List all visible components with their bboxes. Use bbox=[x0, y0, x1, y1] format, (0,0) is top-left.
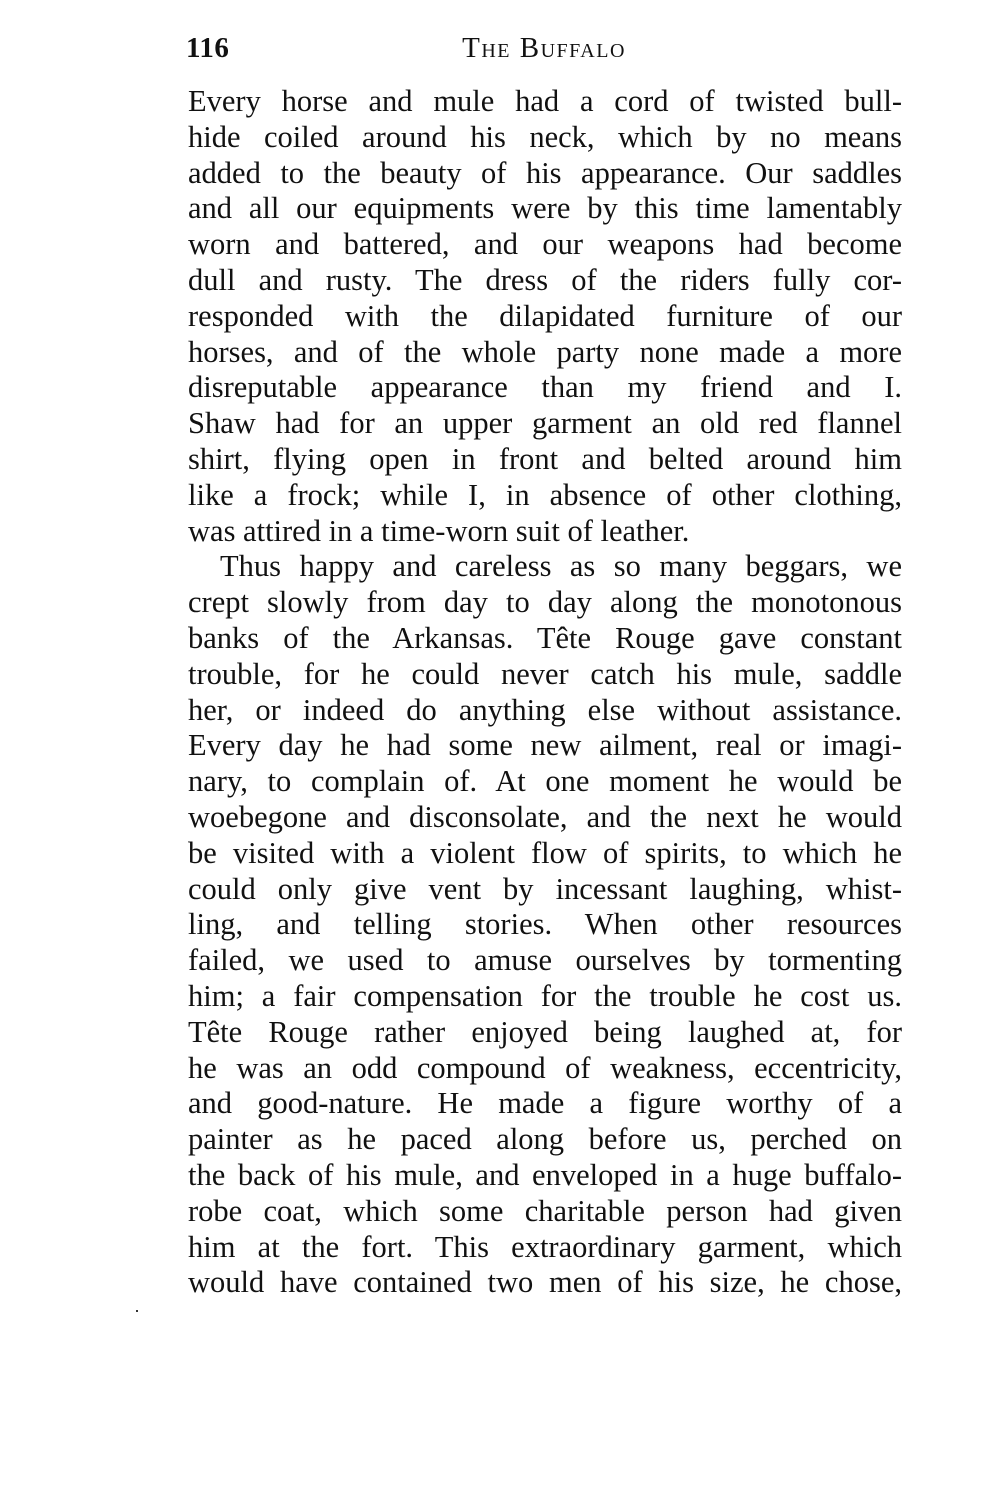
scan-speck bbox=[136, 1310, 138, 1312]
text-line: Every horse and mule had a cord of twist… bbox=[188, 84, 902, 120]
text-line: crept slowly from day to day along the m… bbox=[188, 585, 902, 621]
text-line: him; a fair compensation for the trouble… bbox=[188, 979, 902, 1015]
running-head: 116 The Buffalo bbox=[186, 30, 902, 70]
text-line: responded with the dilapidated furniture… bbox=[188, 299, 902, 335]
running-title: The Buffalo bbox=[186, 32, 902, 65]
text-line: failed, we used to amuse ourselves by to… bbox=[188, 943, 902, 979]
text-line: woebegone and disconsolate, and the next… bbox=[188, 800, 902, 836]
text-line: and good-nature. He made a figure worthy… bbox=[188, 1086, 902, 1122]
text-line: shirt, flying open in front and belted a… bbox=[188, 442, 902, 478]
text-line: Every day he had some new ailment, real … bbox=[188, 728, 902, 764]
text-line: him at the fort. This extraordinary garm… bbox=[188, 1230, 902, 1266]
text-line: robe coat, which some charitable person … bbox=[188, 1194, 902, 1230]
paragraph-2: Thus happy and careless as so many begga… bbox=[188, 549, 902, 1301]
text-line: banks of the Arkansas. Tête Rouge gave c… bbox=[188, 621, 902, 657]
text-line: disreputable appearance than my friend a… bbox=[188, 370, 902, 406]
text-line: ling, and telling stories. When other re… bbox=[188, 907, 902, 943]
text-line: Shaw had for an upper garment an old red… bbox=[188, 406, 902, 442]
text-line: be visited with a violent flow of spirit… bbox=[188, 836, 902, 872]
text-line: hide coiled around his neck, which by no… bbox=[188, 120, 902, 156]
text-line: like a frock; while I, in absence of oth… bbox=[188, 478, 902, 514]
text-line: trouble, for he could never catch his mu… bbox=[188, 657, 902, 693]
text-line: the back of his mule, and enveloped in a… bbox=[188, 1158, 902, 1194]
text-line: worn and battered, and our weapons had b… bbox=[188, 227, 902, 263]
text-line: dull and rusty. The dress of the riders … bbox=[188, 263, 902, 299]
text-line: added to the beauty of his appearance. O… bbox=[188, 156, 902, 192]
text-line: Thus happy and careless as so many begga… bbox=[188, 549, 902, 585]
book-page: 116 The Buffalo Every horse and mule had… bbox=[0, 0, 1000, 1494]
body-text: Every horse and mule had a cord of twist… bbox=[188, 84, 902, 1301]
text-line: horses, and of the whole party none made… bbox=[188, 335, 902, 371]
text-line: Tête Rouge rather enjoyed being laughed … bbox=[188, 1015, 902, 1051]
text-line: could only give vent by incessant laughi… bbox=[188, 872, 902, 908]
text-line: was attired in a time-worn suit of leath… bbox=[188, 514, 902, 550]
text-line: he was an odd compound of weakness, ecce… bbox=[188, 1051, 902, 1087]
text-line: nary, to complain of. At one moment he w… bbox=[188, 764, 902, 800]
text-line: her, or indeed do anything else without … bbox=[188, 693, 902, 729]
text-line: and all our equipments were by this time… bbox=[188, 191, 902, 227]
paragraph-1: Every horse and mule had a cord of twist… bbox=[188, 84, 902, 549]
text-line: painter as he paced along before us, per… bbox=[188, 1122, 902, 1158]
text-line: would have contained two men of his size… bbox=[188, 1265, 902, 1301]
